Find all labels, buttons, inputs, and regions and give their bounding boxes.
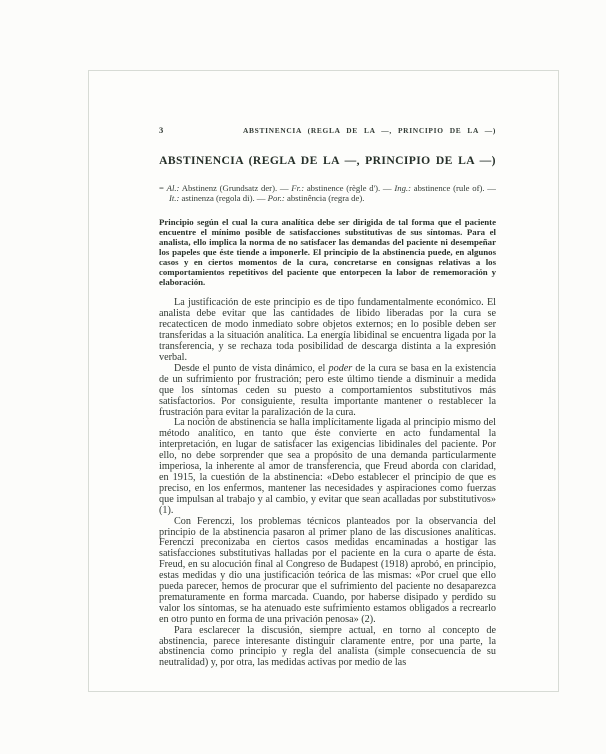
- entry-body: La justificación de este principio es de…: [159, 298, 496, 669]
- text-segment: La noción de abstinencia se halla implíc…: [159, 417, 496, 515]
- italic-text-segment: poder: [329, 363, 353, 374]
- scanned-page: 3 ABSTINENCIA (REGLA DE LA —, PRINCIPIO …: [88, 70, 559, 692]
- text-segment: Con Ferenczi, los problemas técnicos pla…: [159, 516, 496, 625]
- text-segment: Desde el punto de vista dinámico, el: [174, 363, 329, 374]
- body-paragraph: Desde el punto de vista dinámico, el pod…: [159, 364, 496, 419]
- italic-text-segment: It.:: [169, 193, 179, 203]
- page-header: 3 ABSTINENCIA (REGLA DE LA —, PRINCIPIO …: [159, 125, 496, 135]
- body-paragraph: Para esclarecer la discusión, siempre ac…: [159, 626, 496, 670]
- text-segment: abstinência (regra de).: [285, 193, 365, 203]
- entry-title: ABSTINENCIA (REGLA DE LA —, PRINCIPIO DE…: [159, 154, 496, 167]
- definition-paragraph: Principio según el cual la cura analític…: [159, 217, 496, 288]
- body-paragraph: La justificación de este principio es de…: [159, 298, 496, 363]
- text-segment: Abstinenz (Grundsatz der). —: [179, 183, 291, 193]
- body-paragraph: La noción de abstinencia se halla implíc…: [159, 418, 496, 516]
- text-segment: La justificación de este principio es de…: [159, 297, 496, 363]
- text-segment: Para esclarecer la discusión, siempre ac…: [159, 625, 496, 669]
- italic-text-segment: Por.:: [268, 193, 285, 203]
- page-number: 3: [159, 125, 163, 135]
- italic-text-segment: Al.:: [167, 183, 180, 193]
- text-segment: abstinence (règle d'). —: [304, 183, 394, 193]
- text-segment: =: [159, 183, 167, 193]
- text-segment: astinenza (regola di). —: [179, 193, 267, 203]
- italic-text-segment: Fr.:: [291, 183, 304, 193]
- running-header: ABSTINENCIA (REGLA DE LA —, PRINCIPIO DE…: [243, 126, 496, 135]
- language-equivalents: = Al.: Abstinenz (Grundsatz der). — Fr.:…: [159, 184, 496, 204]
- text-segment: abstinence (rule of). —: [411, 183, 496, 193]
- body-paragraph: Con Ferenczi, los problemas técnicos pla…: [159, 517, 496, 626]
- italic-text-segment: Ing.:: [394, 183, 411, 193]
